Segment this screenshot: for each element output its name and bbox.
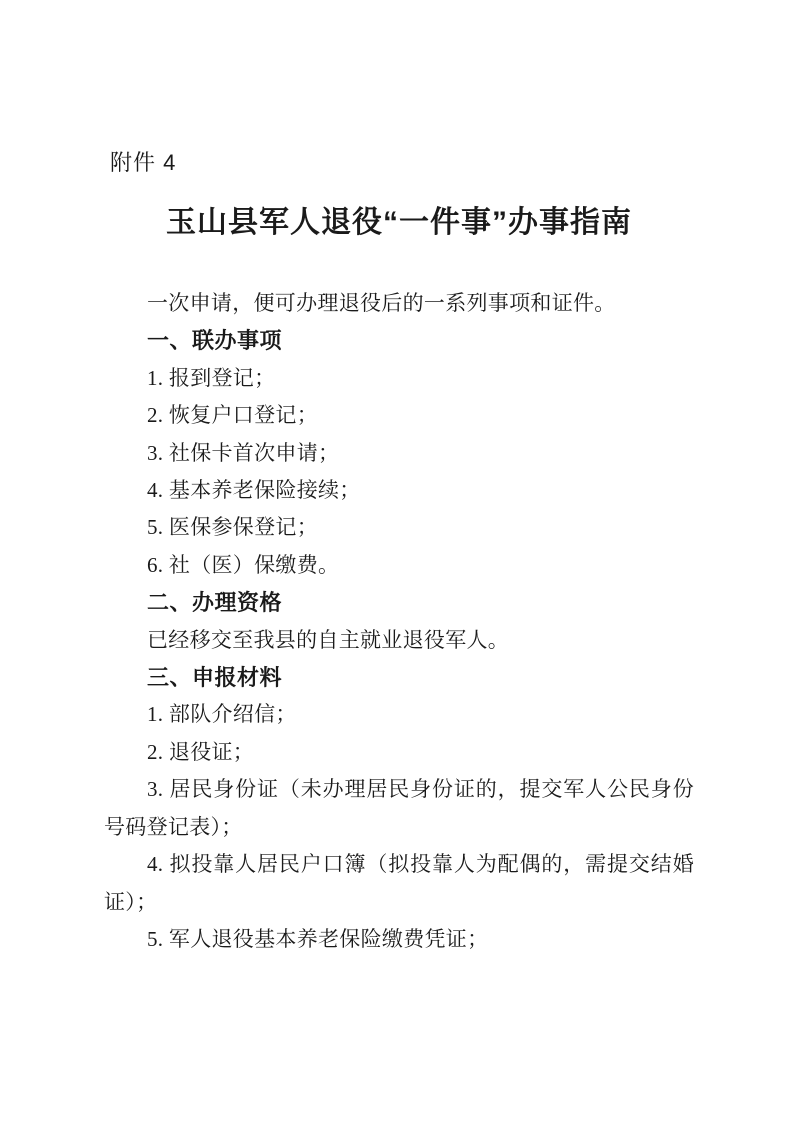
document-body: 一次申请，便可办理退役后的一系列事项和证件。 一、联办事项 1. 报到登记； 2…	[104, 285, 694, 958]
list-item: 6. 社（医）保缴费。	[104, 547, 694, 584]
section-heading-eligibility: 二、办理资格	[104, 584, 694, 621]
list-item: 3. 社保卡首次申请；	[104, 435, 694, 472]
list-item: 5. 医保参保登记；	[104, 509, 694, 546]
list-item: 4. 基本养老保险接续；	[104, 472, 694, 509]
section-heading-application-materials: 三、申报材料	[104, 659, 694, 696]
list-item: 4. 拟投靠人居民户口簿（拟投靠人为配偶的，需提交结婚证）；	[104, 846, 694, 921]
list-item: 1. 报到登记；	[104, 360, 694, 397]
eligibility-paragraph: 已经移交至我县的自主就业退役军人。	[104, 622, 694, 659]
document-page: 附件 4 玉山县军人退役“一件事”办事指南 一次申请，便可办理退役后的一系列事项…	[0, 0, 793, 1122]
list-item: 5. 军人退役基本养老保险缴费凭证；	[104, 921, 694, 958]
list-item: 2. 恢复户口登记；	[104, 397, 694, 434]
list-item: 2. 退役证；	[104, 734, 694, 771]
intro-paragraph: 一次申请，便可办理退役后的一系列事项和证件。	[104, 285, 694, 322]
section-heading-joint-matters: 一、联办事项	[104, 322, 694, 359]
list-item: 1. 部队介绍信；	[104, 696, 694, 733]
document-title: 玉山县军人退役“一件事”办事指南	[104, 202, 694, 244]
attachment-label: 附件 4	[110, 150, 694, 176]
list-item: 3. 居民身份证（未办理居民身份证的，提交军人公民身份号码登记表）；	[104, 771, 694, 846]
